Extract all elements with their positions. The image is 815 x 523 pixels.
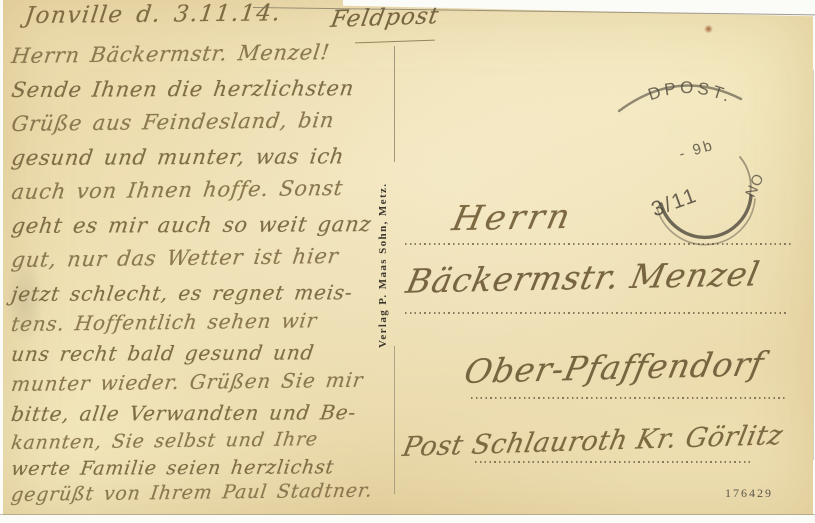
message-line: auch von Ihnen hoffe. Sonst: [9, 175, 411, 214]
address-line-recipient-title: Herrn: [449, 197, 577, 239]
postmark-month-text: NO: [742, 171, 768, 200]
postmark-date-stamp: - 9b 3/11 NO: [648, 137, 768, 245]
message-line: munter wieder. Grüßen Sie mir: [9, 367, 411, 402]
postmark-upper-arc: DPOST.: [619, 78, 741, 111]
address-rule: [405, 312, 788, 314]
message-line: gut, nur das Wetter ist hier: [9, 243, 411, 282]
message-line: Grüße aus Feindesland, bin: [9, 107, 411, 146]
address-line-post-district: Post Schlauroth Kr. Görlitz: [400, 420, 786, 463]
card-right-edge: [813, 70, 814, 460]
message-line: gesund und munter, was ich: [9, 144, 412, 180]
postcard: Jonville d. 3.11.14. Feldpost Herrn Bäck…: [3, 0, 813, 515]
publisher-imprint: Verlag P. Maas Sohn, Metz.: [377, 168, 389, 348]
address-rule: [475, 461, 751, 463]
divider-line-top: [394, 46, 395, 162]
card-bottom-edge: [0, 514, 815, 515]
divider-line-bottom: [394, 346, 395, 494]
postmark-date-text: 3/11: [648, 184, 700, 222]
message-line: gegrüßt von Ihrem Paul Stadtner.: [9, 479, 410, 510]
address-line-recipient-name: Bäckermstr. Menzel: [403, 254, 763, 301]
postmark-hour-text: - 9b: [677, 137, 716, 163]
date-place-line: Jonville d. 3.11.14.: [23, 0, 283, 29]
rust-stain: [704, 25, 713, 33]
message-line: tens. Hoffentlich sehen wir: [9, 307, 411, 342]
message-line: Herrn Bäckermstr. Menzel!: [9, 39, 411, 78]
postmark-arc-text: DPOST.: [646, 78, 736, 107]
message-line: kannten, Sie selbst und Ihre: [9, 427, 410, 458]
address-line-place: Ober-Pfaffendorf: [461, 344, 768, 391]
address-rule: [471, 397, 785, 399]
postmark-stamps: DPOST. - 9b 3/11 NO: [583, 45, 813, 255]
message-block: Herrn Bäckermstr. Menzel! Sende Ihnen di…: [11, 44, 409, 510]
svg-text:DPOST.: DPOST.: [646, 78, 736, 107]
scan-background: { "postcard": { "heading": { "date_place…: [0, 0, 815, 523]
message-line: Sende Ihnen die herzlichsten: [9, 76, 412, 112]
serial-number: 176429: [725, 486, 773, 501]
message-line: geht es mir auch so weit ganz: [9, 212, 412, 248]
